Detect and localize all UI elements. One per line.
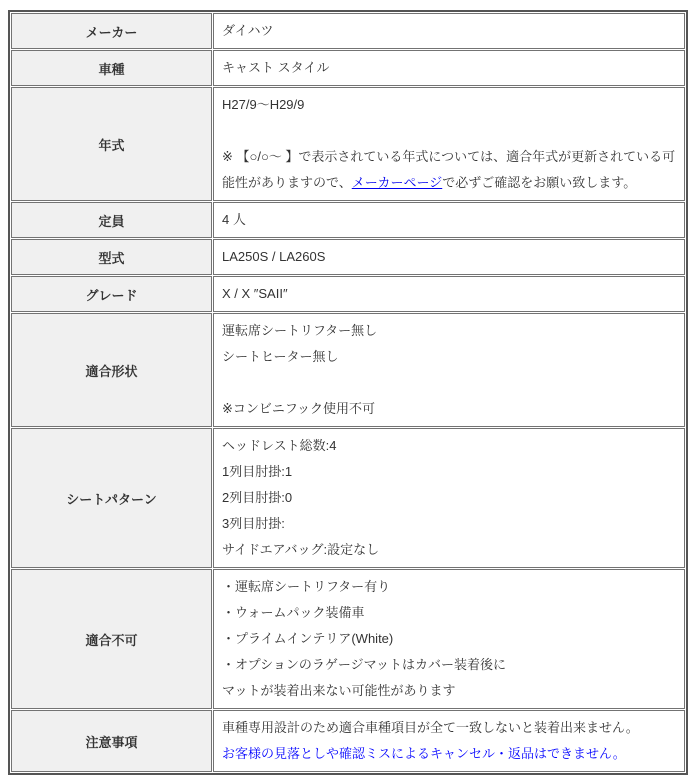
row-fit-shape: 適合形状 運転席シートリフター無し シートヒーター無し ※コンビニフック使用不可 [11,313,685,427]
year-range: H27/9～H29/9 [222,92,679,118]
row-maker: メーカー ダイハツ [11,13,685,49]
page-background: メーカー ダイハツ 車種 キャスト スタイル 年式 H27/9～H29/9 ※ … [0,0,700,748]
row-notes: 注意事項 車種専用設計のため適合車種項目が全て一致しないと装着出来ません。 お客… [11,710,685,772]
notes-label: 注意事項 [11,710,212,772]
maker-label: メーカー [11,13,212,49]
row-year: 年式 H27/9～H29/9 ※ 【○/○～ 】で表示されている年式については、… [11,87,685,201]
year-value-cell: H27/9～H29/9 ※ 【○/○～ 】で表示されている年式については、適合年… [213,87,685,201]
maker-page-link[interactable]: メーカーページ [352,175,442,190]
model-label: 車種 [11,50,212,86]
year-label: 年式 [11,87,212,201]
notes-line-blue: お客様の見落としや確認ミスによるキャンセル・返品はできません。 [222,741,679,767]
year-note-after: で必ずご確認をお願い致します。 [442,175,636,190]
row-model: 車種 キャスト スタイル [11,50,685,86]
row-not-compatible: 適合不可 ・運転席シートリフター有り ・ウォームパック装備車 ・プライムインテリ… [11,569,685,709]
fit-shape-line: ※コンビニフック使用不可 [222,396,679,422]
grade-value: X / X ″SAII″ [213,276,685,312]
seat-pattern-line: サイドエアバッグ:設定なし [222,537,679,563]
fit-shape-label: 適合形状 [11,313,212,427]
model-code-value: LA250S / LA260S [213,239,685,275]
capacity-value: 4 人 [213,202,685,238]
fit-shape-blank-line [222,370,679,396]
seat-pattern-line: 2列目肘掛:0 [222,485,679,511]
row-seat-pattern: シートパターン ヘッドレスト総数:4 1列目肘掛:1 2列目肘掛:0 3列目肘掛… [11,428,685,568]
row-grade: グレード X / X ″SAII″ [11,276,685,312]
not-compatible-line: ・オプションのラゲージマットはカバー装着後に [222,652,679,678]
seat-pattern-line: 1列目肘掛:1 [222,459,679,485]
not-compatible-label: 適合不可 [11,569,212,709]
capacity-label: 定員 [11,202,212,238]
notes-line-black: 車種専用設計のため適合車種項目が全て一致しないと装着出来ません。 [222,715,679,741]
year-blank-line [222,118,679,144]
not-compatible-line: ・運転席シートリフター有り [222,574,679,600]
not-compatible-value-cell: ・運転席シートリフター有り ・ウォームパック装備車 ・プライムインテリア(Whi… [213,569,685,709]
seat-pattern-label: シートパターン [11,428,212,568]
row-capacity: 定員 4 人 [11,202,685,238]
not-compatible-line: ・ウォームパック装備車 [222,600,679,626]
seat-pattern-line: ヘッドレスト総数:4 [222,433,679,459]
seat-pattern-line: 3列目肘掛: [222,511,679,537]
notes-value-cell: 車種専用設計のため適合車種項目が全て一致しないと装着出来ません。 お客様の見落と… [213,710,685,772]
fit-shape-line: シートヒーター無し [222,344,679,370]
fit-shape-value-cell: 運転席シートリフター無し シートヒーター無し ※コンビニフック使用不可 [213,313,685,427]
model-value: キャスト スタイル [213,50,685,86]
row-model-code: 型式 LA250S / LA260S [11,239,685,275]
fit-shape-line: 運転席シートリフター無し [222,318,679,344]
seat-pattern-value-cell: ヘッドレスト総数:4 1列目肘掛:1 2列目肘掛:0 3列目肘掛: サイドエアバ… [213,428,685,568]
grade-label: グレード [11,276,212,312]
not-compatible-line: マットが装着出来ない可能性があります [222,678,679,704]
vehicle-spec-table: メーカー ダイハツ 車種 キャスト スタイル 年式 H27/9～H29/9 ※ … [8,10,688,775]
not-compatible-line: ・プライムインテリア(White) [222,626,679,652]
maker-value: ダイハツ [213,13,685,49]
year-note: ※ 【○/○～ 】で表示されている年式については、適合年式が更新されている可能性… [222,144,679,196]
model-code-label: 型式 [11,239,212,275]
